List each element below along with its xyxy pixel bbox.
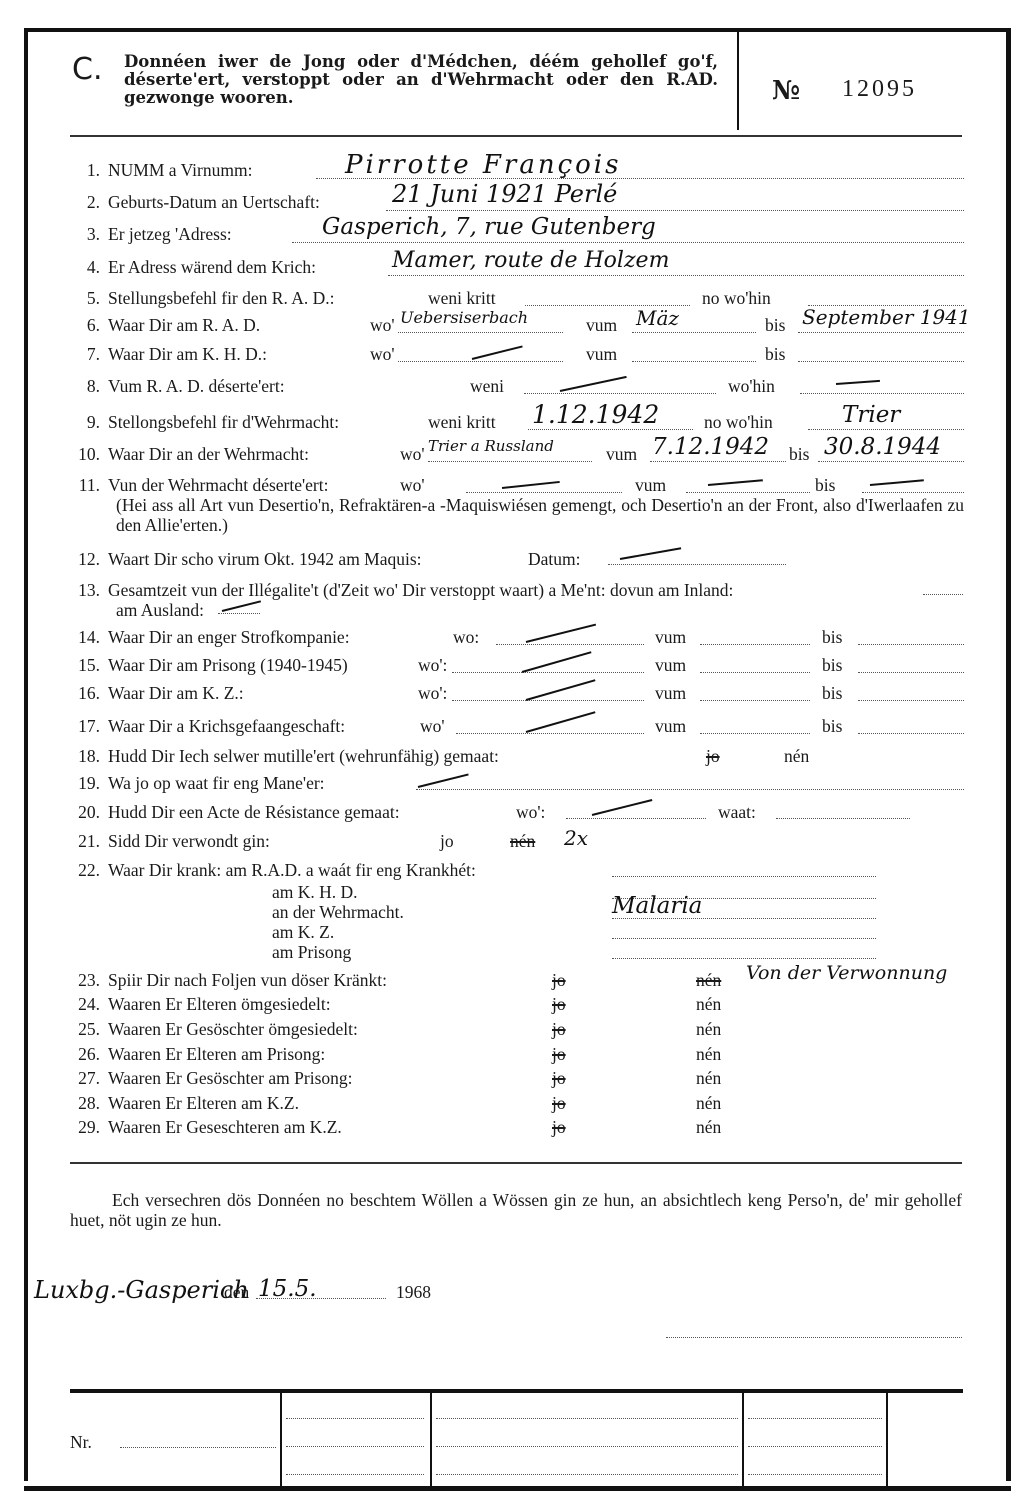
item-6: 6.Waar Dir am R. A. D.: [64, 315, 260, 336]
item-number: 18.: [64, 746, 100, 767]
item-label: Vun der Wehrmacht déserte'ert:: [108, 475, 329, 495]
waat-label: waat:: [718, 802, 756, 823]
wehrmacht-order-date-answer: 1.12.1942: [532, 400, 659, 429]
section-rule: [70, 1162, 962, 1164]
item-label: Waaren Er Elteren am K.Z.: [108, 1093, 299, 1113]
option-jo[interactable]: jo: [552, 1093, 566, 1114]
prison-to-field[interactable]: [858, 672, 964, 673]
option-nen[interactable]: nén: [696, 1093, 721, 1114]
ausland-label: am Ausland:: [116, 600, 204, 621]
rad-to-field[interactable]: [798, 332, 964, 333]
illness-kz-field[interactable]: [612, 938, 876, 939]
item-number: 19.: [64, 773, 100, 794]
item-label: Vum R. A. D. déserte'ert:: [108, 376, 285, 396]
pow-place-field[interactable]: [456, 733, 644, 734]
declaration-text: Ech versechren dös Donnéen no beschtem W…: [70, 1190, 962, 1230]
kz-place-field[interactable]: [452, 700, 644, 701]
wehrmacht-to-answer: 30.8.1944: [824, 434, 941, 460]
bis-label: bis: [822, 655, 842, 676]
bis-label: bis: [765, 315, 785, 336]
header-divider: [737, 32, 739, 130]
wohin-label: no wo'hin: [702, 288, 771, 309]
option-nen[interactable]: nén: [510, 831, 535, 852]
item-label: Waart Dir scho virum Okt. 1942 am Maquis…: [108, 549, 422, 569]
item-label: Waar Dir am Prisong (1940-1945): [108, 655, 348, 675]
item-11-note: (Hei ass all Art vun Desertio'n, Refrakt…: [116, 495, 964, 535]
desert-from-field[interactable]: [686, 492, 810, 493]
pow-to-field[interactable]: [858, 733, 964, 734]
item-number: 15.: [64, 655, 100, 676]
header-rule: [70, 135, 962, 137]
item-number: 7.: [64, 344, 100, 365]
nr-label: Nr.: [70, 1432, 92, 1453]
nr-field[interactable]: [120, 1447, 276, 1448]
name-answer: Pirrotte François: [345, 150, 621, 180]
khd-place-field[interactable]: [398, 361, 563, 362]
wehrmacht-order-date-field[interactable]: [528, 429, 693, 430]
option-nen[interactable]: nén: [696, 1117, 721, 1138]
rad-desert-date-field[interactable]: [524, 393, 716, 394]
item-number: 16.: [64, 683, 100, 704]
item-9: 9.Stellongsbefehl fir d'Wehrmacht:: [64, 412, 339, 433]
ausland-field[interactable]: [218, 613, 260, 614]
vum-label: vum: [586, 344, 617, 365]
illness-wehrmacht-answer: Malaria: [612, 893, 702, 919]
item-26: 26.Waaren Er Elteren am Prisong:: [64, 1044, 325, 1065]
item-10: 10.Waar Dir an der Wehrmacht:: [64, 444, 309, 465]
item-label: Waar Dir an enger Strofkompanie:: [108, 627, 350, 647]
item-label: Stellongsbefehl fir d'Wehrmacht:: [108, 412, 339, 432]
wo-label: wo': [370, 344, 395, 365]
footer-col-divider: [280, 1393, 282, 1486]
prison-from-field[interactable]: [700, 672, 810, 673]
item-19: 19.Wa jo op waat fir eng Mane'er:: [64, 773, 325, 794]
footer-field[interactable]: [286, 1446, 424, 1447]
wounded-count: 2x: [564, 826, 588, 850]
item-8: 8.Vum R. A. D. déserte'ert:: [64, 376, 285, 397]
bis-label: bis: [789, 444, 809, 465]
item-21: 21.Sidd Dir verwondt gin:: [64, 831, 270, 852]
footer-top-rule: [70, 1389, 963, 1393]
item-17: 17.Waar Dir a Krichsgefaangeschaft:: [64, 716, 345, 737]
wohin-label: wo'hin: [728, 376, 775, 397]
item-24: 24.Waaren Er Elteren ömgesiedelt:: [64, 994, 331, 1015]
item-number: 6.: [64, 315, 100, 336]
rad-desert-place-field[interactable]: [800, 393, 964, 394]
inland-field[interactable]: [923, 594, 963, 595]
prison-place-field[interactable]: [452, 672, 644, 673]
footer-field[interactable]: [748, 1474, 882, 1475]
item-number: 23.: [64, 970, 100, 991]
wehrmacht-to-field[interactable]: [818, 461, 964, 462]
item-4: 4.Er Adress wärend dem Krich:: [64, 257, 316, 278]
birth-answer: 21 Juni 1921 Perlé: [392, 180, 617, 208]
footer-field[interactable]: [436, 1474, 738, 1475]
wehrmacht-from-field[interactable]: [650, 461, 786, 462]
bis-label: bis: [822, 716, 842, 737]
wohin-label: no wo'hin: [704, 412, 773, 433]
kz-from-field[interactable]: [700, 700, 810, 701]
item-16: 16.Waar Dir am K. Z.:: [64, 683, 244, 704]
mutilation-method-field[interactable]: [416, 789, 964, 790]
wo-label: wo': [370, 315, 395, 336]
item-label: Waar Dir an der Wehrmacht:: [108, 444, 309, 464]
bis-label: bis: [815, 475, 835, 496]
option-jo[interactable]: jo: [440, 831, 454, 852]
khd-from-field[interactable]: [632, 361, 756, 362]
footer-bottom-rule: [24, 1486, 1011, 1491]
weni-label: weni kritt: [428, 288, 496, 309]
option-jo[interactable]: jo: [552, 1117, 566, 1138]
bis-label: bis: [822, 683, 842, 704]
item-label: Waar Dir am R. A. D.: [108, 315, 260, 335]
item-label: Stellungsbefehl fir den R. A. D.:: [108, 288, 335, 308]
khd-to-field[interactable]: [798, 361, 964, 362]
item-number: 14.: [64, 627, 100, 648]
section-letter: C.: [72, 52, 102, 87]
vum-label: vum: [655, 683, 686, 704]
strafkompanie-place-field[interactable]: [496, 644, 644, 645]
footer-col-divider: [742, 1393, 744, 1486]
footer-field[interactable]: [748, 1418, 882, 1419]
item-25: 25.Waaren Er Gesöschter ömgesiedelt:: [64, 1019, 358, 1040]
option-jo[interactable]: jo: [552, 1044, 566, 1065]
item-label: Sidd Dir verwondt gin:: [108, 831, 270, 851]
footer-col-divider: [430, 1393, 432, 1486]
option-jo[interactable]: jo: [706, 746, 720, 767]
number-symbol: №: [772, 76, 800, 106]
signature-line[interactable]: [666, 1337, 962, 1338]
item-13: 13.Gesamtzeit vun der Illégalite't (d'Ze…: [64, 580, 733, 601]
item-20: 20.Hudd Dir een Acte de Résistance gemaa…: [64, 802, 400, 823]
item-label: Waaren Er Elteren am Prisong:: [108, 1044, 325, 1064]
footer-field[interactable]: [286, 1418, 424, 1419]
bis-label: bis: [765, 344, 785, 365]
item-number: 26.: [64, 1044, 100, 1065]
wo-label: wo': [400, 475, 425, 496]
wo-label: wo':: [418, 683, 447, 704]
form-number: 12095: [842, 76, 917, 103]
desert-to-field[interactable]: [862, 492, 964, 493]
item-label: Geburts-Datum an Uertschaft:: [108, 192, 320, 212]
item-number: 1.: [64, 160, 100, 181]
option-jo[interactable]: jo: [552, 994, 566, 1015]
rad-place-answer: Uebersiserbach: [400, 308, 528, 327]
item-label: NUMM a Virnumm:: [108, 160, 252, 180]
item-label: Wa jo op waat fir eng Mane'er:: [108, 773, 325, 793]
item-number: 29.: [64, 1117, 100, 1138]
illness-prison-label: am Prisong: [272, 942, 351, 963]
item-number: 12.: [64, 549, 100, 570]
option-nen[interactable]: nén: [696, 1068, 721, 1089]
war-address-answer: Mamer, route de Holzem: [392, 248, 669, 273]
wehrmacht-place-field[interactable]: [428, 461, 592, 462]
wo-label: wo': [400, 444, 425, 465]
item-12: 12.Waart Dir scho virum Okt. 1942 am Maq…: [64, 549, 422, 570]
item-label: Waar Dir am K. Z.:: [108, 683, 244, 703]
wehrmacht-order-place-answer: Trier: [842, 402, 900, 428]
illness-wehrmacht-label: an der Wehrmacht.: [272, 902, 404, 923]
signature-place: Luxbg.-Gasperich: [34, 1276, 249, 1304]
address-field[interactable]: [292, 242, 964, 243]
item-number: 4.: [64, 257, 100, 278]
vum-label: vum: [655, 655, 686, 676]
item-5: 5.Stellungsbefehl fir den R. A. D.:: [64, 288, 335, 309]
option-jo[interactable]: jo: [552, 1068, 566, 1089]
item-27: 27.Waaren Er Gesöschter am Prisong:: [64, 1068, 353, 1089]
option-nen[interactable]: nén: [784, 746, 809, 767]
item-label: Waar Dir a Krichsgefaangeschaft:: [108, 716, 345, 736]
item-number: 11.: [64, 475, 100, 496]
vum-label: vum: [586, 315, 617, 336]
rad-from-field[interactable]: [632, 332, 756, 333]
item-label: Spiir Dir nach Foljen vun döser Kränkt:: [108, 970, 387, 990]
birth-field[interactable]: [386, 210, 964, 211]
wehrmacht-order-place-field[interactable]: [808, 429, 964, 430]
item-number: 2.: [64, 192, 100, 213]
resistance-what-field[interactable]: [776, 818, 910, 819]
signature-year: 1968: [396, 1282, 431, 1303]
item-22: 22.Waar Dir krank: am R.A.D. a waát fir …: [64, 860, 476, 881]
item-15: 15.Waar Dir am Prisong (1940-1945): [64, 655, 348, 676]
option-jo[interactable]: jo: [552, 970, 566, 991]
strafkompanie-to-field[interactable]: [858, 644, 964, 645]
item-label: Waaren Er Gesöschter ömgesiedelt:: [108, 1019, 358, 1039]
item-label: Waaren Er Elteren ömgesiedelt:: [108, 994, 331, 1014]
item-3: 3.Er jetzeg 'Adress:: [64, 224, 232, 245]
footer-field[interactable]: [436, 1446, 738, 1447]
item-number: 17.: [64, 716, 100, 737]
wo-label: wo:: [453, 627, 479, 648]
option-jo[interactable]: jo: [552, 1019, 566, 1040]
weni-label: weni: [470, 376, 504, 397]
item-23: 23.Spiir Dir nach Foljen vun döser Kränk…: [64, 970, 387, 991]
item-label: Hudd Dir een Acte de Résistance gemaat:: [108, 802, 400, 822]
item-28: 28.Waaren Er Elteren am K.Z.: [64, 1093, 299, 1114]
item-number: 3.: [64, 224, 100, 245]
item-number: 22.: [64, 860, 100, 881]
rad-from-answer: Mäz: [636, 306, 679, 330]
option-nen[interactable]: nén: [696, 1019, 721, 1040]
item-number: 20.: [64, 802, 100, 823]
item-label: Waaren Er Geseschteren am K.Z.: [108, 1117, 342, 1137]
item-label: Waar Dir am K. H. D.:: [108, 344, 267, 364]
option-nen[interactable]: nén: [696, 970, 721, 991]
pow-from-field[interactable]: [700, 733, 810, 734]
wo-label: wo':: [418, 655, 447, 676]
item-label: Gesamtzeit vun der Illégalite't (d'Zeit …: [108, 580, 733, 600]
wo-label: wo':: [516, 802, 545, 823]
maquis-date-field[interactable]: [608, 564, 786, 565]
item-number: 25.: [64, 1019, 100, 1040]
item-1: 1.NUMM a Virnumm:: [64, 160, 252, 181]
datum-label: Datum:: [528, 549, 581, 570]
rad-to-answer: September 1941: [802, 305, 971, 329]
item-7: 7.Waar Dir am K. H. D.:: [64, 344, 267, 365]
illness-rad-field[interactable]: [612, 876, 876, 877]
item-number: 8.: [64, 376, 100, 397]
item-number: 21.: [64, 831, 100, 852]
item-number: 9.: [64, 412, 100, 433]
vum-label: vum: [606, 444, 637, 465]
resistance-place-field[interactable]: [566, 818, 706, 819]
item-2: 2.Geburts-Datum an Uertschaft:: [64, 192, 320, 213]
consequence-note: Von der Verwonnung: [746, 962, 947, 984]
vum-label: vum: [635, 475, 666, 496]
illness-prison-field[interactable]: [612, 958, 876, 959]
war-address-field[interactable]: [388, 275, 964, 276]
illness-khd-label: am K. H. D.: [272, 882, 358, 902]
item-label: Waaren Er Gesöschter am Prisong:: [108, 1068, 353, 1088]
rad-place-field[interactable]: [398, 332, 563, 333]
item-number: 10.: [64, 444, 100, 465]
signature-date: 15.5.: [258, 1276, 317, 1302]
wehrmacht-place-answer: Trier a Russland: [428, 437, 554, 455]
option-nen[interactable]: nén: [696, 1044, 721, 1065]
wo-label: wo': [420, 716, 445, 737]
wehrmacht-from-answer: 7.12.1942: [652, 434, 769, 460]
item-number: 28.: [64, 1093, 100, 1114]
item-14: 14.Waar Dir an enger Strofkompanie:: [64, 627, 350, 648]
kz-to-field[interactable]: [858, 700, 964, 701]
weni-label: weni kritt: [428, 412, 496, 433]
item-29: 29.Waaren Er Geseschteren am K.Z.: [64, 1117, 342, 1138]
item-number: 27.: [64, 1068, 100, 1089]
item-label: Er Adress wärend dem Krich:: [108, 257, 316, 277]
item-11: 11.Vun der Wehrmacht déserte'ert:: [64, 475, 329, 496]
den-label: den: [224, 1282, 249, 1303]
address-answer: Gasperich, 7, rue Gutenberg: [322, 214, 656, 240]
item-number: 24.: [64, 994, 100, 1015]
footer-field[interactable]: [286, 1474, 424, 1475]
illness-kz-label: am K. Z.: [272, 922, 334, 943]
vum-label: vum: [655, 716, 686, 737]
footer-field[interactable]: [748, 1446, 882, 1447]
desert-place-field[interactable]: [466, 492, 622, 493]
item-label: Waar Dir krank: am R.A.D. a waát fir eng…: [108, 860, 476, 880]
bis-label: bis: [822, 627, 842, 648]
item-number: 5.: [64, 288, 100, 309]
item-label: Er jetzeg 'Adress:: [108, 224, 232, 244]
strafkompanie-from-field[interactable]: [700, 644, 810, 645]
item-label: Hudd Dir Iech selwer mutille'ert (wehrun…: [108, 746, 499, 766]
option-nen[interactable]: nén: [696, 994, 721, 1015]
footer-col-divider: [886, 1393, 888, 1486]
vum-label: vum: [655, 627, 686, 648]
footer-field[interactable]: [436, 1418, 738, 1419]
item-number: 13.: [64, 580, 100, 601]
form-title: Donnéen iwer de Jong oder d'Médchen, déé…: [124, 53, 718, 107]
item-18: 18.Hudd Dir Iech selwer mutille'ert (weh…: [64, 746, 499, 767]
